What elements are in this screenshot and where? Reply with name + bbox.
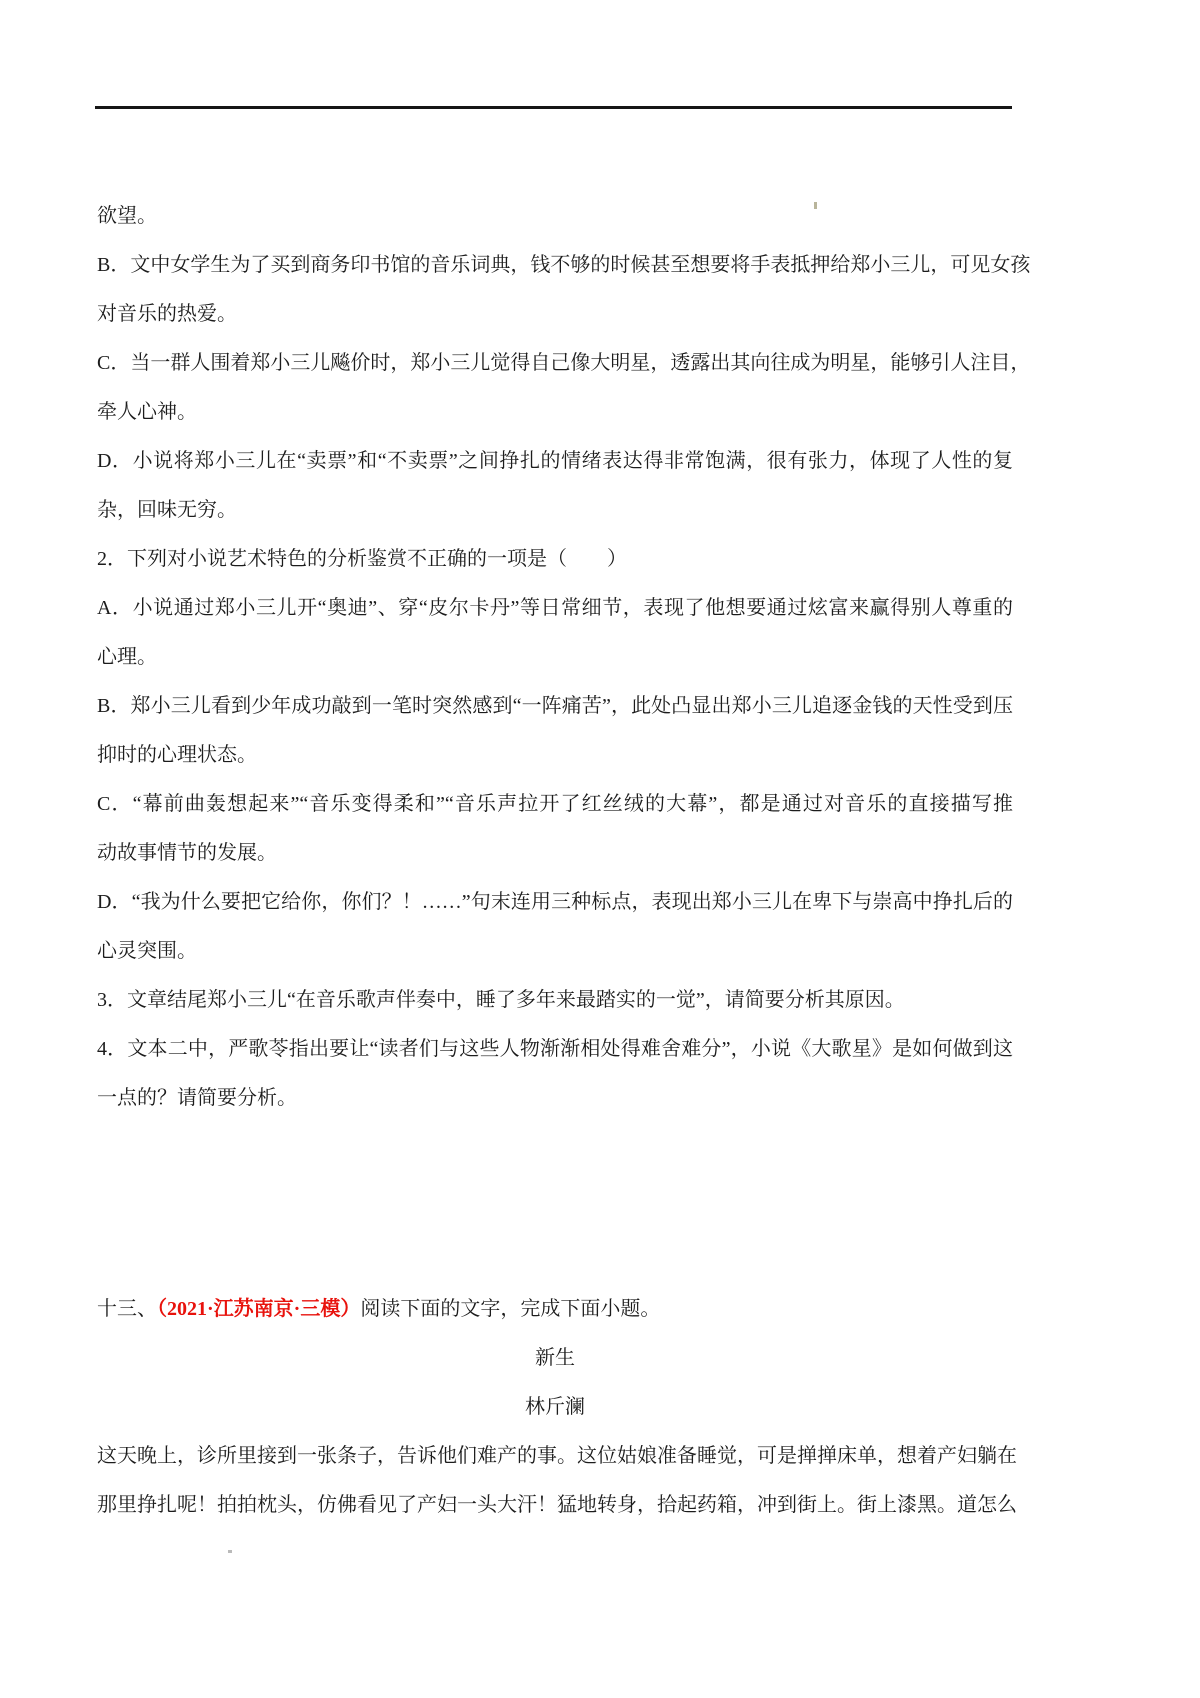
- document-text-column: 欲望。 B．文中女学生为了买到商务印书馆的音乐词典，钱不够的时候甚至想要将手表抵…: [97, 192, 1013, 1530]
- q4-stem-line1: 4．文本二中，严歌苓指出要让“读者们与这些人物渐渐相处得难舍难分”，小说《大歌星…: [97, 1025, 1013, 1074]
- q2-option-c-line2: 动故事情节的发展。: [97, 829, 1013, 878]
- passage-para-line1: 这天晚上，诊所里接到一张条子，告诉他们难产的事。这位姑娘准备睡觉，可是掸掸床单，…: [97, 1432, 1013, 1481]
- q1-option-a-continuation: 欲望。: [97, 192, 1013, 241]
- q1-option-c-line1: C．当一群人围着郑小三儿飚价时，郑小三儿觉得自己像大明星，透露出其向往成为明星，…: [97, 339, 1013, 388]
- blank-spacer: [97, 1123, 1013, 1285]
- passage-title: 新生: [97, 1334, 1013, 1383]
- q2-option-a-line1: A．小说通过郑小三儿开“奥迪”、穿“皮尔卡丹”等日常细节，表现了他想要通过炫富来…: [97, 584, 1013, 633]
- q1-option-d-line1: D．小说将郑小三儿在“卖票”和“不卖票”之间挣扎的情绪表达得非常饱满，很有张力，…: [97, 437, 1013, 486]
- scan-artifact-dot: [814, 202, 817, 209]
- section-number: 十三、: [97, 1298, 157, 1320]
- section-13-heading: 十三、（2021·江苏南京·三模）阅读下面的文字，完成下面小题。: [97, 1285, 1013, 1334]
- q4-stem-line2: 一点的？请简要分析。: [97, 1074, 1013, 1123]
- scan-artifact-dot: [228, 1550, 232, 1553]
- q2-stem: 2．下列对小说艺术特色的分析鉴赏不正确的一项是（ ）: [97, 535, 1013, 584]
- q3-stem: 3．文章结尾郑小三儿“在音乐歌声伴奏中，睡了多年来最踏实的一觉”，请简要分析其原…: [97, 976, 1013, 1025]
- q1-option-d-line2: 杂，回味无穷。: [97, 486, 1013, 535]
- passage-para-line2: 那里挣扎呢！拍拍枕头，仿佛看见了产妇一头大汗！猛地转身，拾起药箱，冲到街上。街上…: [97, 1481, 1013, 1530]
- header-divider-rule: [95, 106, 1012, 109]
- q2-option-b-line1: B．郑小三儿看到少年成功敲到一笔时突然感到“一阵痛苦”，此处凸显出郑小三儿追逐金…: [97, 682, 1013, 731]
- passage-author: 林斤澜: [97, 1383, 1013, 1432]
- q1-option-b-line2: 对音乐的热爱。: [97, 290, 1013, 339]
- section-instruction: 阅读下面的文字，完成下面小题。: [360, 1298, 660, 1320]
- section-source-tag: （2021·江苏南京·三模）: [157, 1298, 360, 1320]
- q1-option-c-line2: 牵人心神。: [97, 388, 1013, 437]
- q2-option-c-line1: C．“幕前曲轰想起来”“音乐变得柔和”“音乐声拉开了红丝绒的大幕”，都是通过对音…: [97, 780, 1013, 829]
- exam-document-page: { "page": { "background": "#ffffff", "te…: [0, 0, 1200, 1698]
- q2-option-d-line2: 心灵突围。: [97, 927, 1013, 976]
- q2-option-b-line2: 抑时的心理状态。: [97, 731, 1013, 780]
- q2-option-a-line2: 心理。: [97, 633, 1013, 682]
- q2-option-d-line1: D．“我为什么要把它给你，你们？！……”句末连用三种标点，表现出郑小三儿在卑下与…: [97, 878, 1013, 927]
- q1-option-b-line1: B．文中女学生为了买到商务印书馆的音乐词典，钱不够的时候甚至想要将手表抵押给郑小…: [97, 241, 1013, 290]
